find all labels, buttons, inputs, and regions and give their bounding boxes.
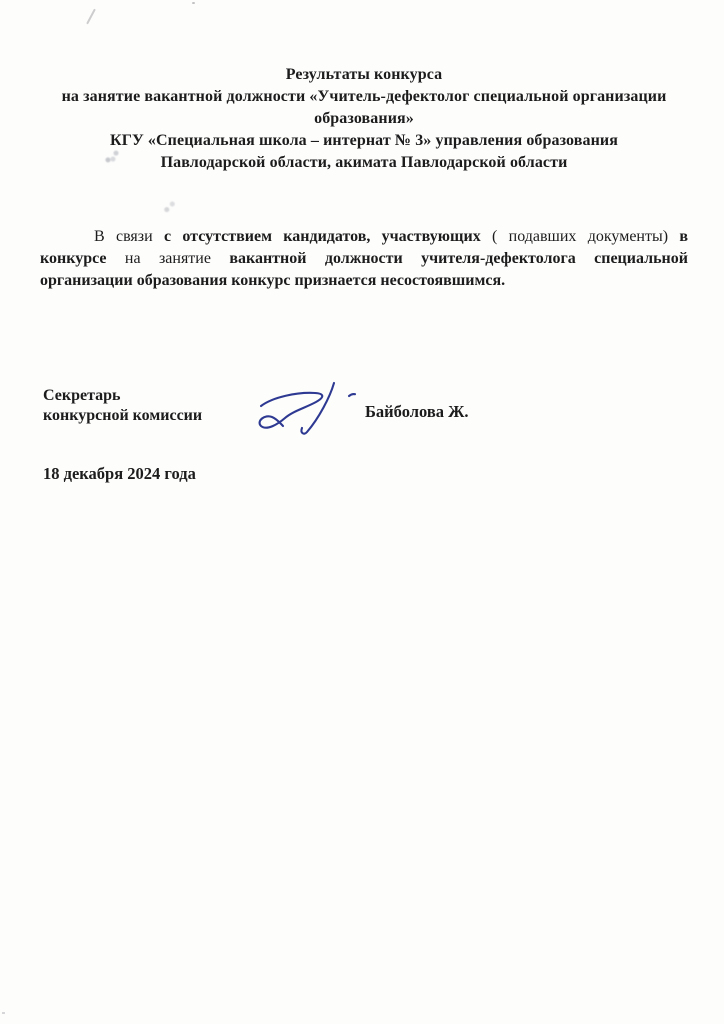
body-text-segment: на занятие	[125, 250, 229, 267]
title-line: КГУ «Специальная школа – интернат № 3» у…	[40, 130, 688, 152]
signer-name: Байболова Ж.	[365, 402, 469, 422]
document-page: Результаты конкурса на занятие вакантной…	[0, 0, 724, 1024]
title-line: образования»	[40, 108, 688, 130]
signature-block: Секретарь конкурсной комиссии Байболова …	[43, 386, 688, 448]
title-line: Результаты конкурса	[40, 64, 688, 86]
document-date: 18 декабря 2024 года	[43, 464, 688, 484]
scan-artifact-speck	[2, 1012, 5, 1014]
title-line: Павлодарской области, акимата Павлодарск…	[40, 152, 688, 174]
body-text-segment: с отсутствием кандидатов, участвующих	[164, 228, 492, 245]
body-text-segment: ( подавших документы)	[492, 228, 679, 245]
scan-artifact-smudge	[158, 200, 180, 216]
document-title: Результаты конкурса на занятие вакантной…	[40, 0, 688, 174]
body-text-segment: В связи	[94, 228, 164, 245]
handwritten-signature	[245, 380, 367, 444]
body-paragraph: В связи с отсутствием кандидатов, участв…	[40, 226, 688, 292]
title-line: на занятие вакантной должности «Учитель-…	[40, 86, 688, 108]
